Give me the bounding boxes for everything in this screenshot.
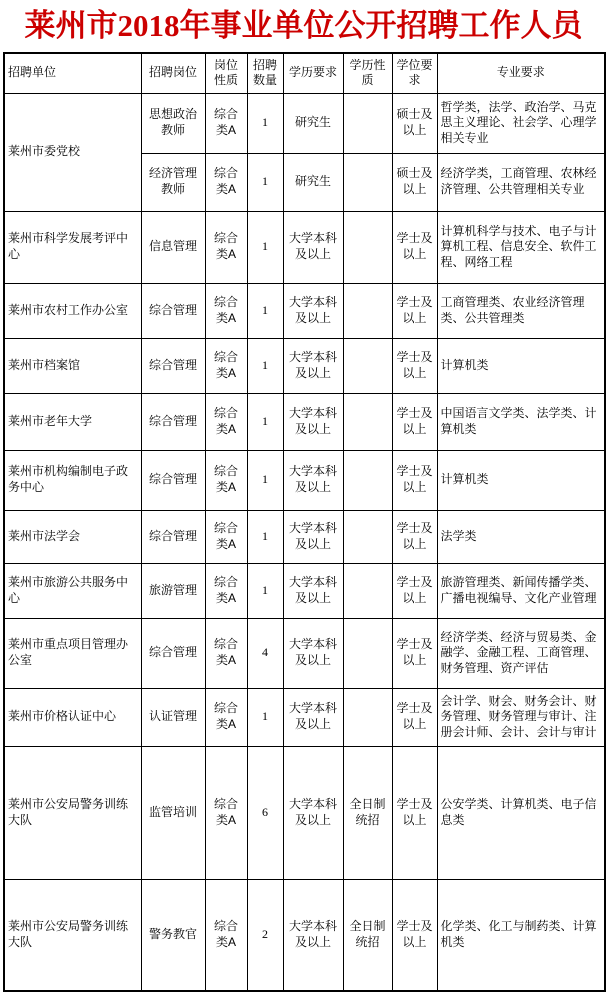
majors-cell: 经济学类、经济与贸易类、金融学、金融工程、工商管理、财务管理、资产评估 <box>437 618 605 688</box>
majors-cell: 计算机科学与技术、电子与计算机工程、信息安全、软件工程、网络工程 <box>437 211 605 283</box>
position-cell: 信息管理 <box>141 211 205 283</box>
count-cell: 1 <box>247 153 283 211</box>
count-cell: 4 <box>247 618 283 688</box>
majors-cell: 会计学、财会、财务会计、财务管理、财务管理与审计、注册会计师、会计、会计与审计 <box>437 688 605 746</box>
unit-cell: 莱州市农村工作办公室 <box>4 283 141 338</box>
position-cell: 综合管理 <box>141 510 205 563</box>
count-cell: 6 <box>247 746 283 879</box>
table-row: 莱州市旅游公共服务中心旅游管理综合类A1大学本科及以上学士及以上旅游管理类、新闻… <box>4 563 605 618</box>
position-cell: 监管培训 <box>141 746 205 879</box>
table-row: 莱州市重点项目管理办公室综合管理综合类A4大学本科及以上学士及以上经济学类、经济… <box>4 618 605 688</box>
header-count: 招聘数量 <box>247 53 283 93</box>
education-cell: 大学本科及以上 <box>283 688 343 746</box>
table-row: 莱州市公安局警务训练大队监管培训综合类A6大学本科及以上全日制统招学士及以上公安… <box>4 746 605 879</box>
table-row: 莱州市老年大学综合管理综合类A1大学本科及以上学士及以上中国语言文学类、法学类、… <box>4 393 605 450</box>
education-cell: 大学本科及以上 <box>283 510 343 563</box>
majors-cell: 哲学类，法学、政治学、马克思主义理论、社会学、心理学相关专业 <box>437 93 605 153</box>
edu-nature-cell <box>343 563 392 618</box>
type-cell: 综合类A <box>205 338 247 393</box>
degree-cell: 学士及以上 <box>392 746 437 879</box>
education-cell: 大学本科及以上 <box>283 563 343 618</box>
type-cell: 综合类A <box>205 688 247 746</box>
edu-nature-cell <box>343 338 392 393</box>
edu-nature-cell <box>343 211 392 283</box>
majors-cell: 化学类、化工与制药类、计算机类 <box>437 879 605 991</box>
education-cell: 大学本科及以上 <box>283 450 343 510</box>
count-cell: 1 <box>247 450 283 510</box>
degree-cell: 学士及以上 <box>392 450 437 510</box>
majors-cell: 计算机类 <box>437 338 605 393</box>
degree-cell: 硕士及以上 <box>392 153 437 211</box>
edu-nature-cell <box>343 688 392 746</box>
degree-cell: 学士及以上 <box>392 879 437 991</box>
table-body: 莱州市委党校思想政治教师综合类A1研究生硕士及以上哲学类，法学、政治学、马克思主… <box>4 93 605 991</box>
table-row: 莱州市农村工作办公室综合管理综合类A1大学本科及以上学士及以上工商管理类、农业经… <box>4 283 605 338</box>
position-cell: 旅游管理 <box>141 563 205 618</box>
unit-cell: 莱州市档案馆 <box>4 338 141 393</box>
type-cell: 综合类A <box>205 510 247 563</box>
majors-cell: 旅游管理类、新闻传播学类、广播电视编导、文化产业管理 <box>437 563 605 618</box>
recruitment-table: 招聘单位 招聘岗位 岗位性质 招聘数量 学历要求 学历性质 学位要求 专业要求 … <box>3 52 606 992</box>
unit-cell: 莱州市旅游公共服务中心 <box>4 563 141 618</box>
type-cell: 综合类A <box>205 879 247 991</box>
position-cell: 思想政治教师 <box>141 93 205 153</box>
majors-cell: 经济学类，工商管理、农林经济管理、公共管理相关专业 <box>437 153 605 211</box>
position-cell: 综合管理 <box>141 393 205 450</box>
unit-cell: 莱州市价格认证中心 <box>4 688 141 746</box>
education-cell: 大学本科及以上 <box>283 283 343 338</box>
table-row: 莱州市公安局警务训练大队警务教官综合类A2大学本科及以上全日制统招学士及以上化学… <box>4 879 605 991</box>
header-degree: 学位要求 <box>392 53 437 93</box>
edu-nature-cell: 全日制统招 <box>343 879 392 991</box>
unit-cell: 莱州市机构编制电子政务中心 <box>4 450 141 510</box>
education-cell: 大学本科及以上 <box>283 746 343 879</box>
table-row: 莱州市科学发展考评中心信息管理综合类A1大学本科及以上学士及以上计算机科学与技术… <box>4 211 605 283</box>
header-type: 岗位性质 <box>205 53 247 93</box>
edu-nature-cell <box>343 450 392 510</box>
unit-cell: 莱州市重点项目管理办公室 <box>4 618 141 688</box>
table-row: 莱州市档案馆综合管理综合类A1大学本科及以上学士及以上计算机类 <box>4 338 605 393</box>
table-header-row: 招聘单位 招聘岗位 岗位性质 招聘数量 学历要求 学历性质 学位要求 专业要求 <box>4 53 605 93</box>
header-position: 招聘岗位 <box>141 53 205 93</box>
unit-cell: 莱州市法学会 <box>4 510 141 563</box>
type-cell: 综合类A <box>205 450 247 510</box>
degree-cell: 学士及以上 <box>392 283 437 338</box>
page-title: 莱州市2018年事业单位公开招聘工作人员 <box>0 0 607 52</box>
table-row: 莱州市委党校思想政治教师综合类A1研究生硕士及以上哲学类，法学、政治学、马克思主… <box>4 93 605 153</box>
edu-nature-cell <box>343 153 392 211</box>
count-cell: 1 <box>247 393 283 450</box>
count-cell: 1 <box>247 211 283 283</box>
edu-nature-cell <box>343 393 392 450</box>
degree-cell: 学士及以上 <box>392 338 437 393</box>
degree-cell: 学士及以上 <box>392 688 437 746</box>
position-cell: 综合管理 <box>141 450 205 510</box>
majors-cell: 工商管理类、农业经济管理类、公共管理类 <box>437 283 605 338</box>
degree-cell: 学士及以上 <box>392 211 437 283</box>
majors-cell: 中国语言文学类、法学类、计算机类 <box>437 393 605 450</box>
education-cell: 研究生 <box>283 93 343 153</box>
count-cell: 1 <box>247 563 283 618</box>
edu-nature-cell <box>343 93 392 153</box>
count-cell: 1 <box>247 688 283 746</box>
type-cell: 综合类A <box>205 563 247 618</box>
education-cell: 大学本科及以上 <box>283 879 343 991</box>
education-cell: 大学本科及以上 <box>283 338 343 393</box>
type-cell: 综合类A <box>205 211 247 283</box>
position-cell: 经济管理教师 <box>141 153 205 211</box>
type-cell: 综合类A <box>205 393 247 450</box>
position-cell: 警务教官 <box>141 879 205 991</box>
unit-cell: 莱州市科学发展考评中心 <box>4 211 141 283</box>
table-row: 莱州市价格认证中心认证管理综合类A1大学本科及以上学士及以上会计学、财会、财务会… <box>4 688 605 746</box>
majors-cell: 计算机类 <box>437 450 605 510</box>
table-row: 莱州市机构编制电子政务中心综合管理综合类A1大学本科及以上学士及以上计算机类 <box>4 450 605 510</box>
type-cell: 综合类A <box>205 153 247 211</box>
document-page: 莱州市2018年事业单位公开招聘工作人员 招聘单位 招聘岗位 岗位性质 招聘数量… <box>0 0 607 1002</box>
count-cell: 1 <box>247 283 283 338</box>
degree-cell: 学士及以上 <box>392 393 437 450</box>
count-cell: 1 <box>247 93 283 153</box>
header-unit: 招聘单位 <box>4 53 141 93</box>
header-education: 学历要求 <box>283 53 343 93</box>
edu-nature-cell: 全日制统招 <box>343 746 392 879</box>
position-cell: 认证管理 <box>141 688 205 746</box>
degree-cell: 学士及以上 <box>392 618 437 688</box>
education-cell: 研究生 <box>283 153 343 211</box>
header-majors: 专业要求 <box>437 53 605 93</box>
degree-cell: 学士及以上 <box>392 510 437 563</box>
education-cell: 大学本科及以上 <box>283 393 343 450</box>
header-edu-nature: 学历性质 <box>343 53 392 93</box>
education-cell: 大学本科及以上 <box>283 618 343 688</box>
edu-nature-cell <box>343 618 392 688</box>
unit-cell: 莱州市公安局警务训练大队 <box>4 746 141 879</box>
degree-cell: 硕士及以上 <box>392 93 437 153</box>
table-row: 莱州市法学会综合管理综合类A1大学本科及以上学士及以上法学类 <box>4 510 605 563</box>
type-cell: 综合类A <box>205 746 247 879</box>
edu-nature-cell <box>343 283 392 338</box>
type-cell: 综合类A <box>205 618 247 688</box>
unit-cell: 莱州市老年大学 <box>4 393 141 450</box>
degree-cell: 学士及以上 <box>392 563 437 618</box>
unit-cell: 莱州市公安局警务训练大队 <box>4 879 141 991</box>
majors-cell: 公安学类、计算机类、电子信息类 <box>437 746 605 879</box>
majors-cell: 法学类 <box>437 510 605 563</box>
unit-cell: 莱州市委党校 <box>4 93 141 211</box>
count-cell: 1 <box>247 510 283 563</box>
edu-nature-cell <box>343 510 392 563</box>
type-cell: 综合类A <box>205 283 247 338</box>
position-cell: 综合管理 <box>141 618 205 688</box>
position-cell: 综合管理 <box>141 283 205 338</box>
education-cell: 大学本科及以上 <box>283 211 343 283</box>
count-cell: 1 <box>247 338 283 393</box>
count-cell: 2 <box>247 879 283 991</box>
position-cell: 综合管理 <box>141 338 205 393</box>
type-cell: 综合类A <box>205 93 247 153</box>
